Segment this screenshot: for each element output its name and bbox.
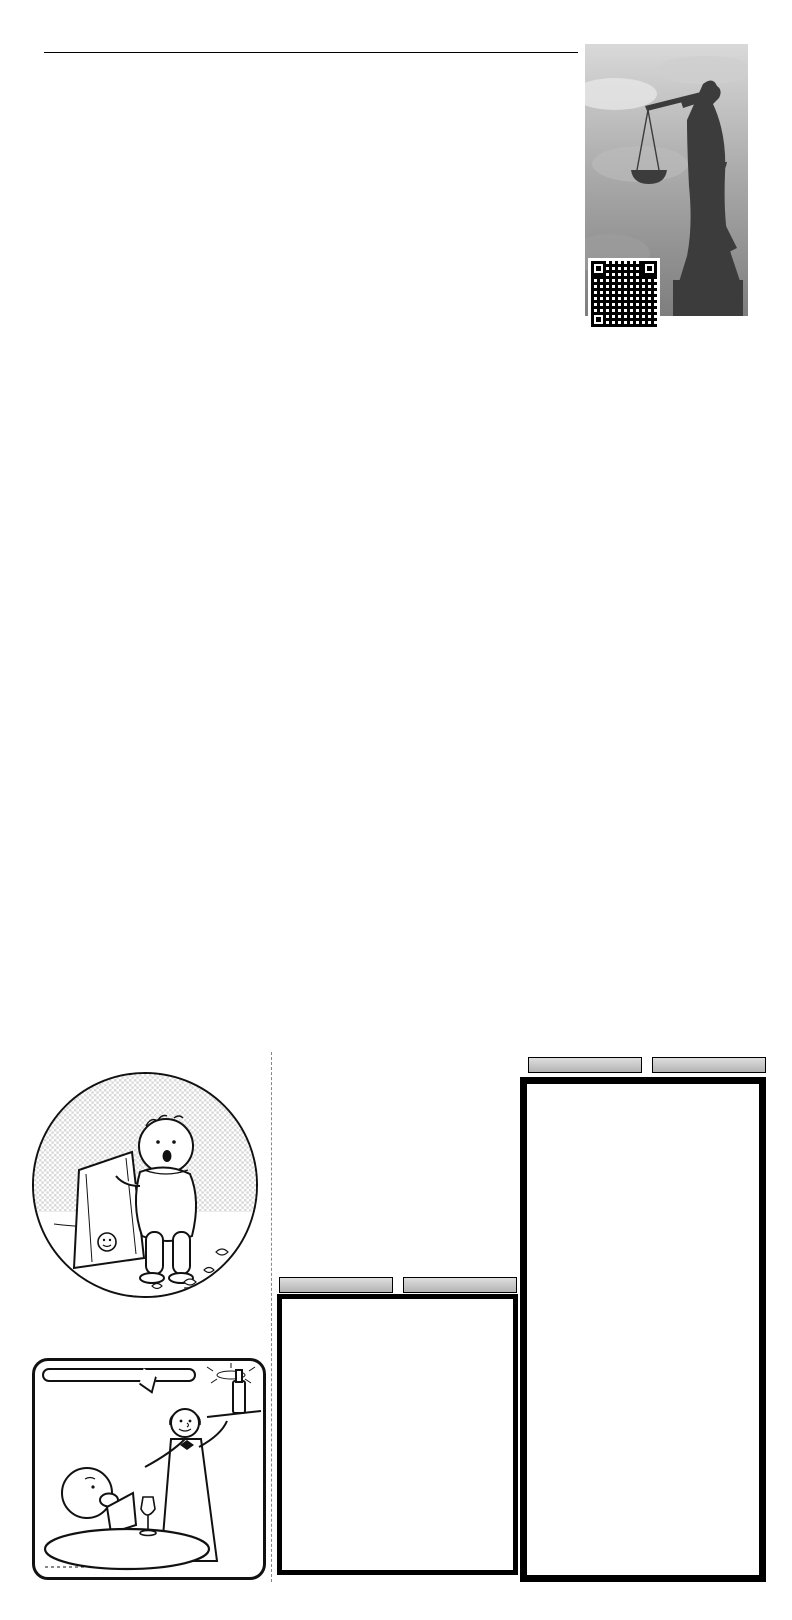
- qr-code: [588, 258, 660, 330]
- public-notices-header: [652, 1057, 766, 1073]
- column-rule: [271, 1052, 272, 1582]
- qr-finder-icon: [591, 261, 606, 276]
- family-circus-art: [34, 1074, 258, 1298]
- ziggy-speech-bubble: [42, 1368, 196, 1382]
- public-hearing-notice-box: [520, 1077, 766, 1582]
- public-notices-header: [279, 1277, 393, 1293]
- family-circus-panel: [32, 1072, 258, 1298]
- public-notices-header: [403, 1277, 517, 1293]
- public-hearing-notice-content: [527, 1084, 759, 1575]
- ziggy-panel: [32, 1358, 266, 1580]
- qr-pattern: [591, 261, 657, 327]
- ziggy-art: [35, 1361, 263, 1577]
- hero-section: [44, 40, 578, 64]
- qr-finder-icon: [642, 261, 657, 276]
- sparkle-icon: [207, 1363, 255, 1383]
- pumpkin-icon: [98, 1233, 116, 1251]
- request-for-proposal-notice-box: [277, 1294, 518, 1575]
- public-notices-header: [528, 1057, 642, 1073]
- divider-rule: [44, 52, 578, 53]
- request-for-proposal-notice-content: [282, 1299, 513, 1570]
- newspaper-page: [0, 0, 792, 1620]
- ziggy-figure: [62, 1468, 136, 1533]
- qr-finder-icon: [591, 312, 606, 327]
